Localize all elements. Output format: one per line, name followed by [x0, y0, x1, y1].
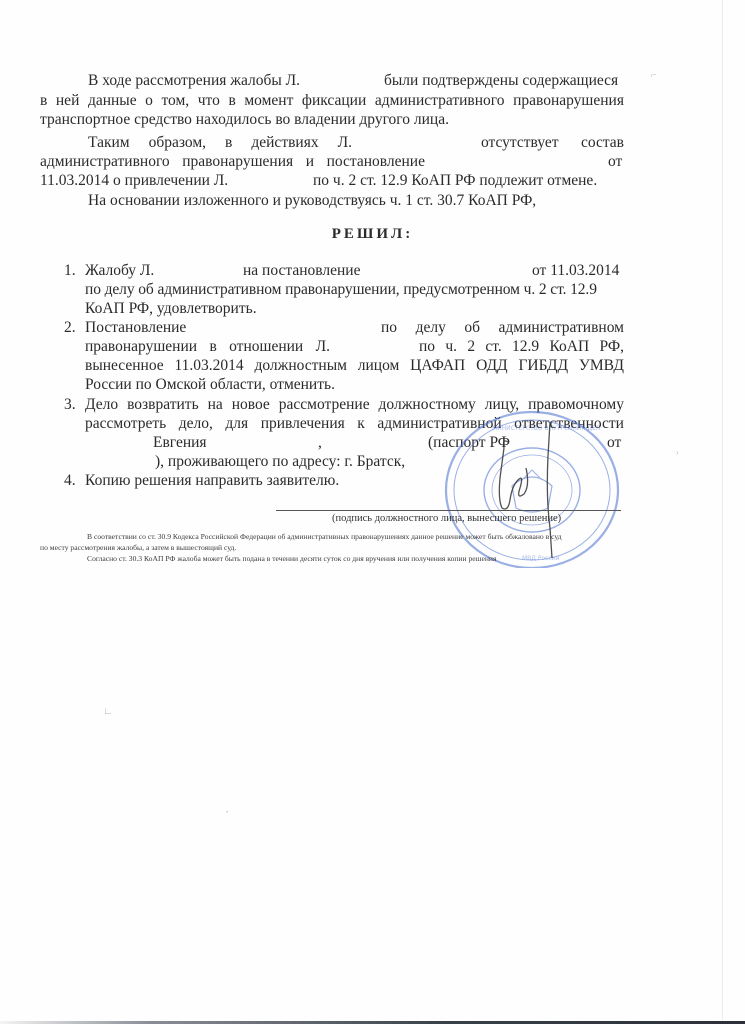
item-1-line2: по делу об административном правонарушен…: [85, 281, 597, 299]
item-3-line3-b: ,: [318, 434, 322, 452]
document-page: В ходе рассмотрения жалобы Л. были подтв…: [0, 0, 745, 1024]
word: ГИБДД: [518, 357, 568, 375]
signature-line: [276, 510, 621, 511]
p2-line2-a: административного правонарушения и поста…: [40, 153, 425, 171]
p1-line2: в ней данные о том, что в момент фиксаци…: [40, 92, 624, 110]
word: правонарушении: [85, 338, 197, 356]
word: постановление: [327, 153, 425, 171]
p2-line1-b: отсутствует состав: [481, 134, 624, 152]
word: по: [419, 338, 435, 356]
item-3-line4: ), проживающего по адресу: г. Братск,: [155, 453, 405, 471]
word: момент: [244, 92, 293, 110]
word: к: [357, 415, 365, 433]
word: 2: [467, 338, 475, 356]
item-2-line2-b: по ч. 2 ст. 12.9 КоАП РФ,: [419, 338, 624, 356]
word: КоАП: [549, 338, 589, 356]
item-4-number: 4.: [64, 472, 76, 490]
item-1-line1-b: на постановление: [243, 262, 360, 280]
word: 12.9: [512, 338, 539, 356]
word: УМВД: [579, 357, 624, 375]
word: ч.: [445, 338, 457, 356]
word: рассмотреть: [85, 415, 166, 433]
word: что: [198, 92, 220, 110]
word: о: [145, 92, 153, 110]
scan-speck: ∟: [103, 706, 113, 717]
scan-edge: [722, 0, 723, 1020]
word: лицом: [358, 357, 400, 375]
item-2-line1-a: Постановление: [85, 319, 186, 337]
item-3-number: 3.: [64, 396, 76, 414]
word: Л.: [316, 338, 330, 356]
word: 11.03.2014: [174, 357, 243, 375]
word: отсутствует: [481, 134, 559, 152]
word: по: [381, 319, 397, 337]
svg-text:МИНИСТЕРСТВО ВНУТРЕННИХ ДЕЛ: МИНИСТЕРСТВО ВНУТРЕННИХ ДЕЛ: [492, 425, 600, 432]
word: дело,: [179, 415, 213, 433]
word: фиксации: [302, 92, 366, 110]
word: образом,: [149, 134, 206, 152]
word: административного: [375, 92, 505, 110]
p2-line3-a: 11.03.2014 о привлечении Л.: [40, 172, 228, 190]
item-2-line1-b: по делу об административном: [381, 319, 624, 337]
p1-line1-b: были подтверждены содержащиеся: [384, 72, 618, 90]
item-2-line4: России по Омской области, отменить.: [85, 376, 335, 394]
word: ЦАФАП: [410, 357, 465, 375]
word: правонарушения: [182, 153, 293, 171]
footnote-line1: В соответствии со ст. 30.9 Кодекса Росси…: [87, 532, 562, 542]
official-stamp-icon: МИНИСТЕРСТВО ВНУТРЕННИХ ДЕЛ МВД России: [432, 408, 622, 568]
signature-caption: (подпись должностного лица, вынесшего ре…: [332, 513, 561, 524]
word: в: [209, 338, 216, 356]
word: отношении: [229, 338, 303, 356]
item-4-line1: Копию решения направить заявителю.: [85, 472, 339, 490]
footnote-line2: по месту рассмотрения жалобы, а затем в …: [40, 543, 236, 553]
item-1-line1-c: от 11.03.2014: [532, 262, 619, 280]
word: РФ,: [599, 338, 623, 356]
footnote-line3: Согласно ст. 30.3 КоАП РФ жалоба может б…: [87, 554, 496, 564]
word: административного: [40, 153, 170, 171]
word: действиях: [251, 134, 318, 152]
word: делу: [416, 319, 446, 337]
item-1-number: 1.: [64, 262, 76, 280]
word: на: [208, 396, 223, 414]
word: новое: [232, 396, 270, 414]
word: и: [306, 153, 314, 171]
scan-speck: ⌐: [651, 70, 657, 81]
word: Дело: [85, 396, 118, 414]
word: данные: [88, 92, 137, 110]
item-2-number: 2.: [64, 319, 76, 337]
word: в: [225, 134, 232, 152]
scan-speck: •: [226, 810, 228, 816]
word: рассмотрение: [279, 396, 370, 414]
word: об: [464, 319, 480, 337]
word: административном: [499, 319, 624, 337]
word: состав: [581, 134, 624, 152]
item-2-line2-a: правонарушении в отношении Л.: [85, 338, 330, 356]
word: возвратить: [127, 396, 199, 414]
p2-line2-b: от: [608, 153, 622, 171]
item-1-line1-a: Жалобу Л.: [85, 262, 154, 280]
word: Л.: [338, 134, 352, 152]
p1-line1-a: В ходе рассмотрения жалобы Л.: [88, 72, 300, 90]
word: должностным: [254, 357, 346, 375]
word: Таким: [88, 134, 130, 152]
word: ней: [56, 92, 79, 110]
word: вынесенное: [85, 357, 164, 375]
word: том,: [161, 92, 189, 110]
item-3-line3-a: Евгения: [153, 434, 207, 452]
p3-line: На основании изложенного и руководствуяс…: [88, 192, 536, 210]
decision-heading: РЕШИЛ:: [0, 226, 745, 243]
word: в: [40, 92, 47, 110]
item-1-line3: КоАП РФ, удовлетворить.: [85, 300, 257, 318]
word: в: [228, 92, 235, 110]
item-2-line3: вынесенное 11.03.2014 должностным лицом …: [85, 357, 624, 375]
p1-line3: транспортное средство находилось во влад…: [40, 111, 449, 129]
p2-line3-b: по ч. 2 ст. 12.9 КоАП РФ подлежит отмене…: [313, 172, 597, 190]
word: привлечения: [261, 415, 345, 433]
word: правонарушения: [513, 92, 624, 110]
word: ст.: [485, 338, 501, 356]
svg-text:МВД России: МВД России: [522, 555, 560, 562]
p2-line1-a: Таким образом, в действиях Л.: [88, 134, 352, 152]
word: ОДД: [476, 357, 508, 375]
word: для: [225, 415, 248, 433]
scan-speck: ›: [676, 448, 679, 457]
